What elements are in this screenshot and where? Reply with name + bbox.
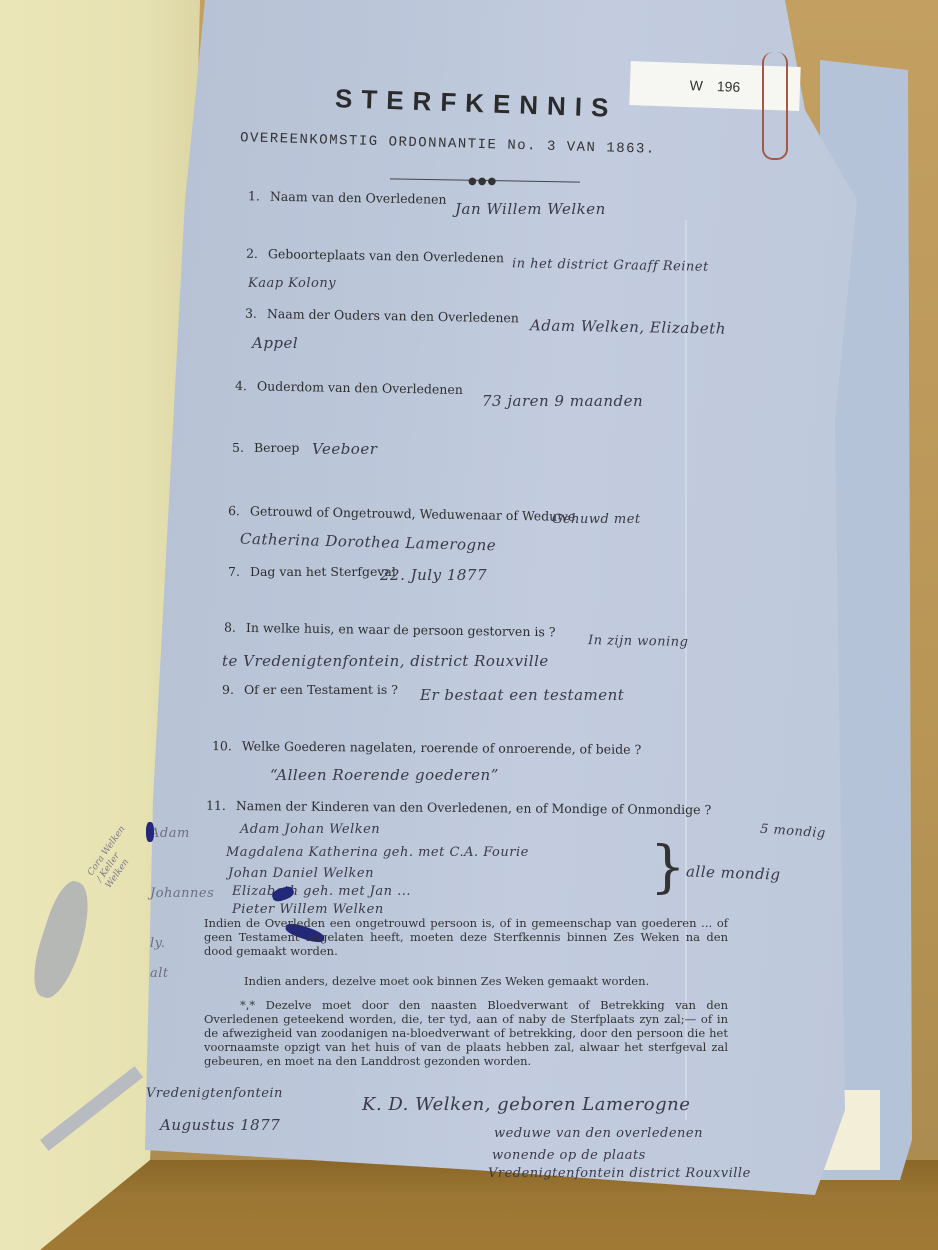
field-1-answer: Jan Willem Welken	[455, 200, 606, 218]
field-3-answer: Adam Welken, Elizabeth	[530, 316, 726, 337]
field-7-label: 7.Dag van het Sterfgeval	[228, 564, 396, 579]
child-name-2: Magdalena Katherina geh. met C.A. Fourie	[226, 845, 529, 860]
margin-name-1: Adam	[150, 826, 190, 841]
children-status: alle mondig	[686, 862, 781, 883]
child-name-4: Elizabeth geh. met Jan ...	[232, 884, 411, 899]
field-10-answer: “Alleen Roerende goederen”	[270, 766, 499, 784]
field-7-answer: 22. July 1877	[380, 566, 487, 584]
field-5-answer: Veeboer	[312, 440, 377, 458]
field-8-answer: In zijn woning	[588, 633, 689, 650]
signature-line-2: weduwe van den overledenen	[494, 1126, 703, 1141]
child-name-1: Adam Johan Welken	[240, 822, 380, 837]
signature-line-3: wonende op de plaats	[492, 1148, 646, 1163]
signature-place: Vredenigtenfontein	[146, 1086, 283, 1101]
child-name-5: Pieter Willem Welken	[232, 902, 384, 917]
ornament-dots-icon: ●●●	[468, 176, 497, 187]
field-9-label: 9.Of er een Testament is ?	[222, 682, 398, 697]
ink-blot	[146, 822, 154, 842]
child-name-3: Johan Daniel Welken	[228, 866, 374, 881]
brace-icon: }	[650, 840, 686, 896]
paperclip-icon	[762, 52, 788, 160]
field-2-answer-line2: Kaap Kolony	[248, 276, 336, 291]
signature-signer: K. D. Welken, geboren Lamerogne	[362, 1094, 690, 1115]
margin-name-4: alt	[150, 966, 169, 981]
note-paragraph-2: Indien anders, dezelve moet ook binnen Z…	[244, 974, 744, 988]
field-5-label: 5.Beroep	[232, 440, 299, 455]
field-6-answer: Gehuwd met	[552, 512, 641, 527]
archive-label-number: 196	[717, 78, 741, 95]
note-paragraph-3: *,* Dezelve moet door den naasten Bloedv…	[204, 998, 728, 1068]
note-paragraph-1: Indien de Overleden een ongetrouwd perso…	[204, 916, 728, 958]
margin-name-2: Johannes	[150, 886, 214, 901]
archive-label-prefix: W	[689, 77, 703, 93]
signature-date: Augustus 1877	[160, 1116, 280, 1134]
margin-name-3: ly.	[150, 936, 165, 951]
field-3-answer-line2: Appel	[252, 334, 298, 352]
field-8-answer-line2: te Vredenigtenfontein, district Rouxvill…	[222, 652, 549, 670]
signature-line-4: Vredenigtenfontein district Rouxville	[488, 1166, 751, 1181]
field-4-answer: 73 jaren 9 maanden	[482, 392, 643, 410]
field-9-answer: Er bestaat een testament	[420, 686, 624, 704]
